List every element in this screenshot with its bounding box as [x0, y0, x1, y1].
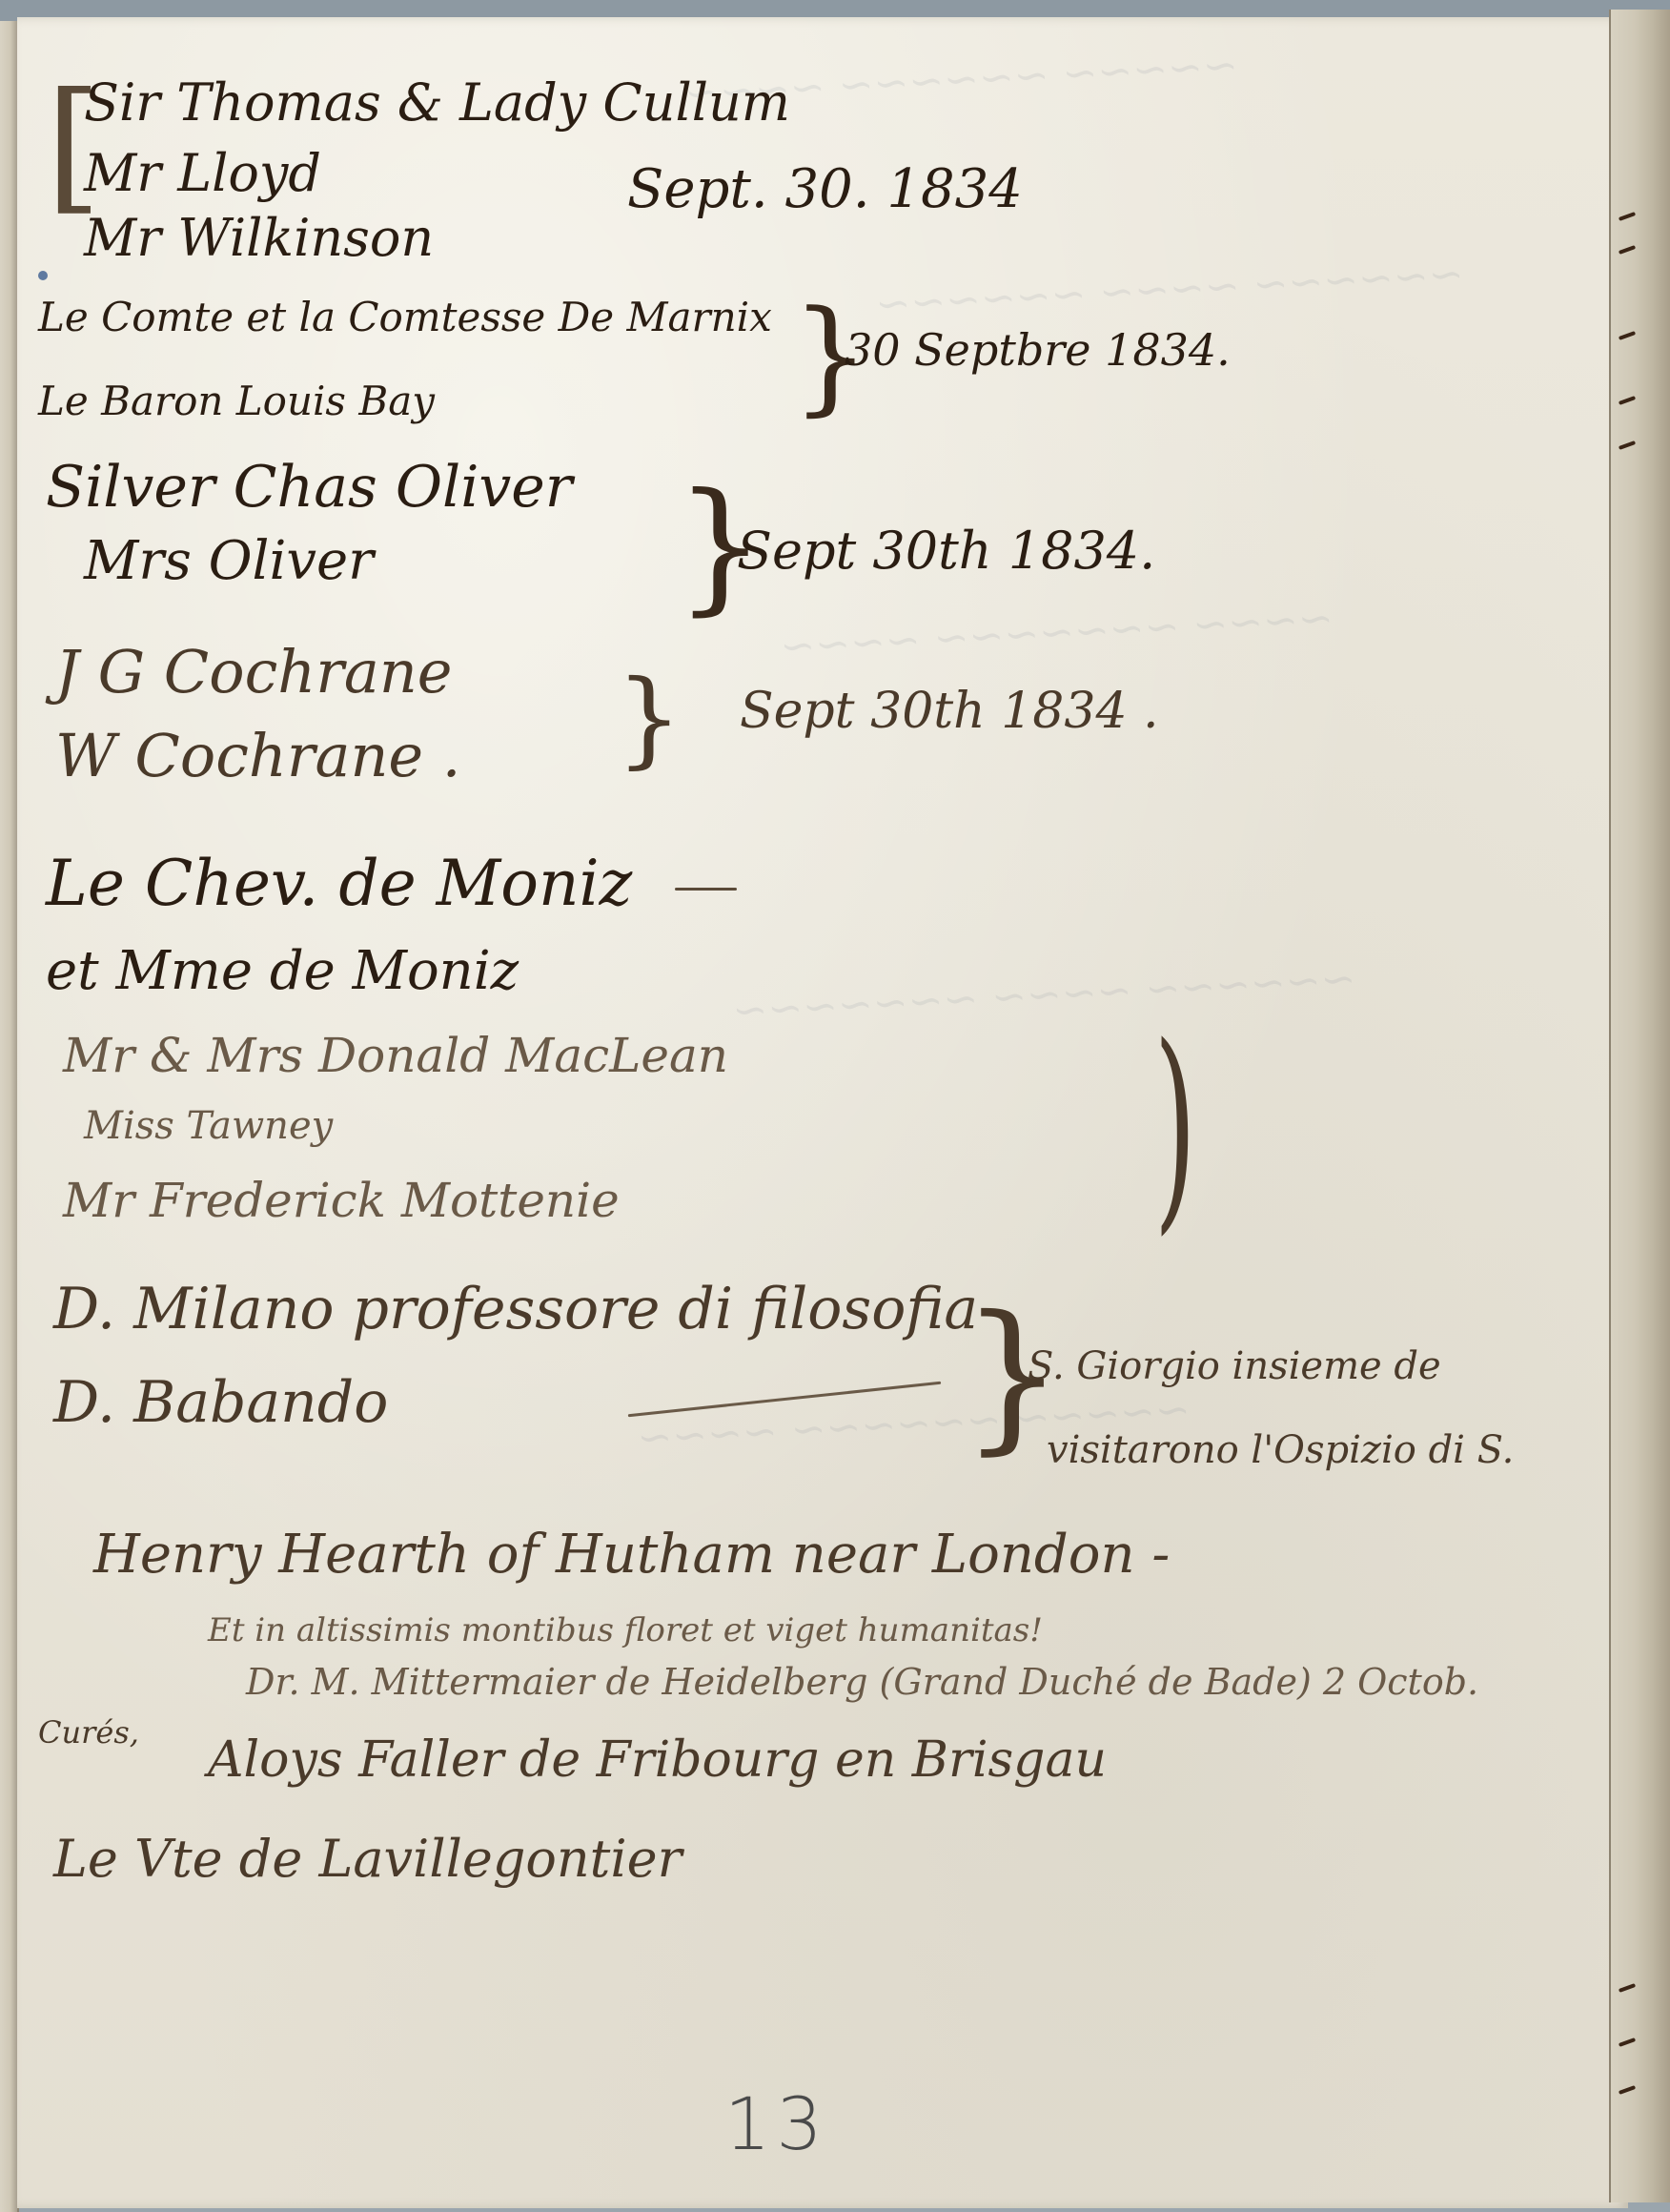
entry-2-name-1: Le Comte et la Comtesse De Marnix	[38, 294, 772, 340]
entry-5-name-1: Le Chev. de Moniz	[46, 847, 632, 920]
entry-1-name-3: Mr Wilkinson	[84, 208, 434, 268]
entry-11-name: Le Vte de Lavillegontier	[53, 1829, 682, 1889]
entry-3-name-2: Mrs Oliver	[84, 530, 374, 592]
entry-2-name-2: Le Baron Louis Bay	[38, 378, 435, 424]
entry-3-name-1: Silver Chas Oliver	[46, 454, 572, 521]
entry-5-flourish	[675, 888, 737, 891]
entry-7-name-2: D. Babando	[53, 1369, 388, 1436]
entry-5-name-2: et Mme de Moniz	[46, 940, 519, 1002]
right-page-edge	[1609, 10, 1670, 2202]
entry-8-name: Henry Hearth of Hutham near London -	[93, 1524, 1170, 1586]
entry-10-margin-note: Curés,	[38, 1714, 139, 1751]
entry-2-date: 30 Septbre 1834.	[845, 324, 1231, 376]
entry-7-connector-line	[628, 1382, 942, 1417]
entry-7-name-1: D. Milano professore di filosofia	[53, 1276, 978, 1342]
bleed-through-text: ~~~~~~ ~~~~ ~~~~~~	[874, 250, 1465, 329]
entry-1-name-1: Sir Thomas & Lady Cullum	[84, 72, 790, 133]
entry-10-name: Aloys Faller de Fribourg en Brisgau	[208, 1731, 1107, 1789]
bleed-through-text: ~~~~ ~~~~~~~ ~~~~	[779, 594, 1334, 671]
edge-ink-mark	[1619, 396, 1636, 405]
motto-line: Et in altissimis montibus floret et vige…	[208, 1611, 1043, 1649]
entry-1-date: Sept. 30. 1834	[627, 158, 1023, 220]
entry-6-name-3: Mr Frederick Mottenie	[63, 1173, 620, 1228]
edge-ink-mark	[1619, 2038, 1636, 2047]
blue-ink-spot	[38, 271, 48, 280]
entry-9-name: Dr. M. Mittermaier de Heidelberg (Grand …	[246, 1661, 1478, 1703]
entry-7-note-2: visitarono l'Ospizio di S.	[1047, 1428, 1514, 1472]
edge-ink-mark	[1619, 1983, 1636, 1993]
entry-1-name-2: Mr Lloyd	[84, 143, 321, 203]
manuscript-page: ~~~~~ ~~~~~~ ~~~~ ~~~~~~ ~~~~ ~~~~~~ ~~~…	[17, 17, 1628, 2208]
entry-4-name-2: W Cochrane .	[55, 721, 461, 790]
entry-3-date: Sept 30th 1834.	[737, 521, 1155, 581]
edge-ink-mark	[1619, 245, 1636, 255]
entry-4-date: Sept 30th 1834 .	[740, 683, 1159, 740]
page-number: 13	[724, 2081, 828, 2166]
entry-6-bracket: )	[1153, 1018, 1196, 1238]
entry-4-name-1: J G Cochrane	[55, 637, 452, 707]
edge-ink-mark	[1619, 331, 1636, 340]
entry-6-name-1: Mr & Mrs Donald MacLean	[63, 1028, 728, 1083]
entry-6-name-2: Miss Tawney	[84, 1104, 333, 1148]
left-page-edge	[0, 21, 19, 2212]
edge-ink-mark	[1619, 2085, 1636, 2095]
edge-ink-mark	[1619, 440, 1636, 450]
bleed-through-text: ~~~~~~ ~~~~ ~~~~~~~	[731, 954, 1356, 1035]
entry-4-brace: }	[616, 666, 682, 770]
entry-7-note-1: S. Giorgio insieme de	[1028, 1344, 1441, 1388]
edge-ink-mark	[1619, 212, 1636, 221]
